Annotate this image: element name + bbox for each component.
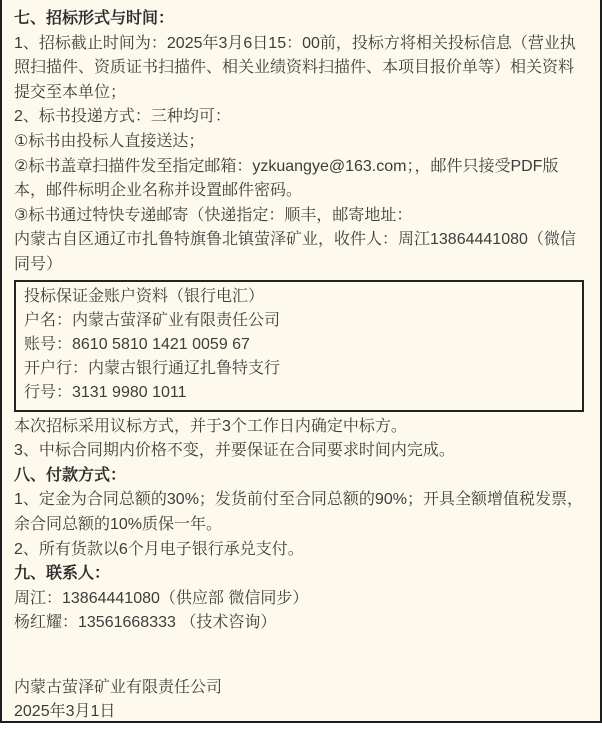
section7-delivery-methods-paragraph: 2、标书投递方式：三种均可： — [14, 105, 587, 130]
section7-method3-express-paragraph: ③标书通过特快专递邮寄（快递指定：顺丰，邮寄地址： — [14, 204, 587, 229]
contact-yanghongyao: 杨红耀：13561668333 （技术咨询） — [14, 611, 587, 636]
tender-notice-document: 七、招标形式与时间： 1、招标截止时间为：2025年3月6日15：00前，投标方… — [0, 0, 602, 723]
signature-company-name: 内蒙古萤泽矿业有限责任公司 — [14, 676, 587, 701]
section7-method2-email-paragraph: ②标书盖章扫描件发至指定邮箱：yzkuangye@163.com；，邮件只接受P… — [14, 155, 587, 204]
negotiated-bidding-paragraph: 本次招标采用议标方式，并于3个工作日内确定中标方。 — [14, 415, 587, 440]
fixed-price-paragraph: 3、中标合同期内价格不变，并要保证在合同要求时间内完成。 — [14, 439, 587, 464]
section7-mailing-address-paragraph: 内蒙古自区通辽市扎鲁特旗鲁北镇萤泽矿业，收件人：周江13864441080（微信… — [14, 228, 587, 277]
signature-date: 2025年3月1日 — [14, 700, 587, 723]
deposit-box-title: 投标保证金账户资料（银行电汇） — [24, 285, 574, 309]
section9-heading: 九、联系人： — [14, 562, 587, 587]
section7-method1-paragraph: ①标书由投标人直接送达； — [14, 130, 587, 155]
deposit-bank-code: 行号：3131 9980 1011 — [24, 381, 574, 405]
deposit-bank-branch: 开户行：内蒙古银行通辽扎鲁特支行 — [24, 357, 574, 381]
deposit-account-number: 账号：8610 5810 1421 0059 67 — [24, 333, 574, 357]
deposit-account-name: 户名：内蒙古萤泽矿业有限责任公司 — [24, 309, 574, 333]
section7-deadline-paragraph: 1、招标截止时间为：2025年3月6日15：00前，投标方将相关投标信息（营业执… — [14, 32, 587, 106]
section7-heading: 七、招标形式与时间： — [14, 7, 587, 32]
signature-block: 内蒙古萤泽矿业有限责任公司 2025年3月1日 — [14, 676, 587, 723]
section8-payment-terms-paragraph: 1、定金为合同总额的30%；发货前付至合同总额的90%；开具全额增值税发票，余合… — [14, 488, 587, 537]
bid-deposit-account-box: 投标保证金账户资料（银行电汇） 户名：内蒙古萤泽矿业有限责任公司 账号：8610… — [14, 280, 584, 412]
section8-acceptance-payment-paragraph: 2、所有货款以6个月电子银行承兑支付。 — [14, 538, 587, 563]
contact-zhoujiang: 周江：13864441080（供应部 微信同步） — [14, 587, 587, 612]
section8-heading: 八、付款方式： — [14, 464, 587, 489]
